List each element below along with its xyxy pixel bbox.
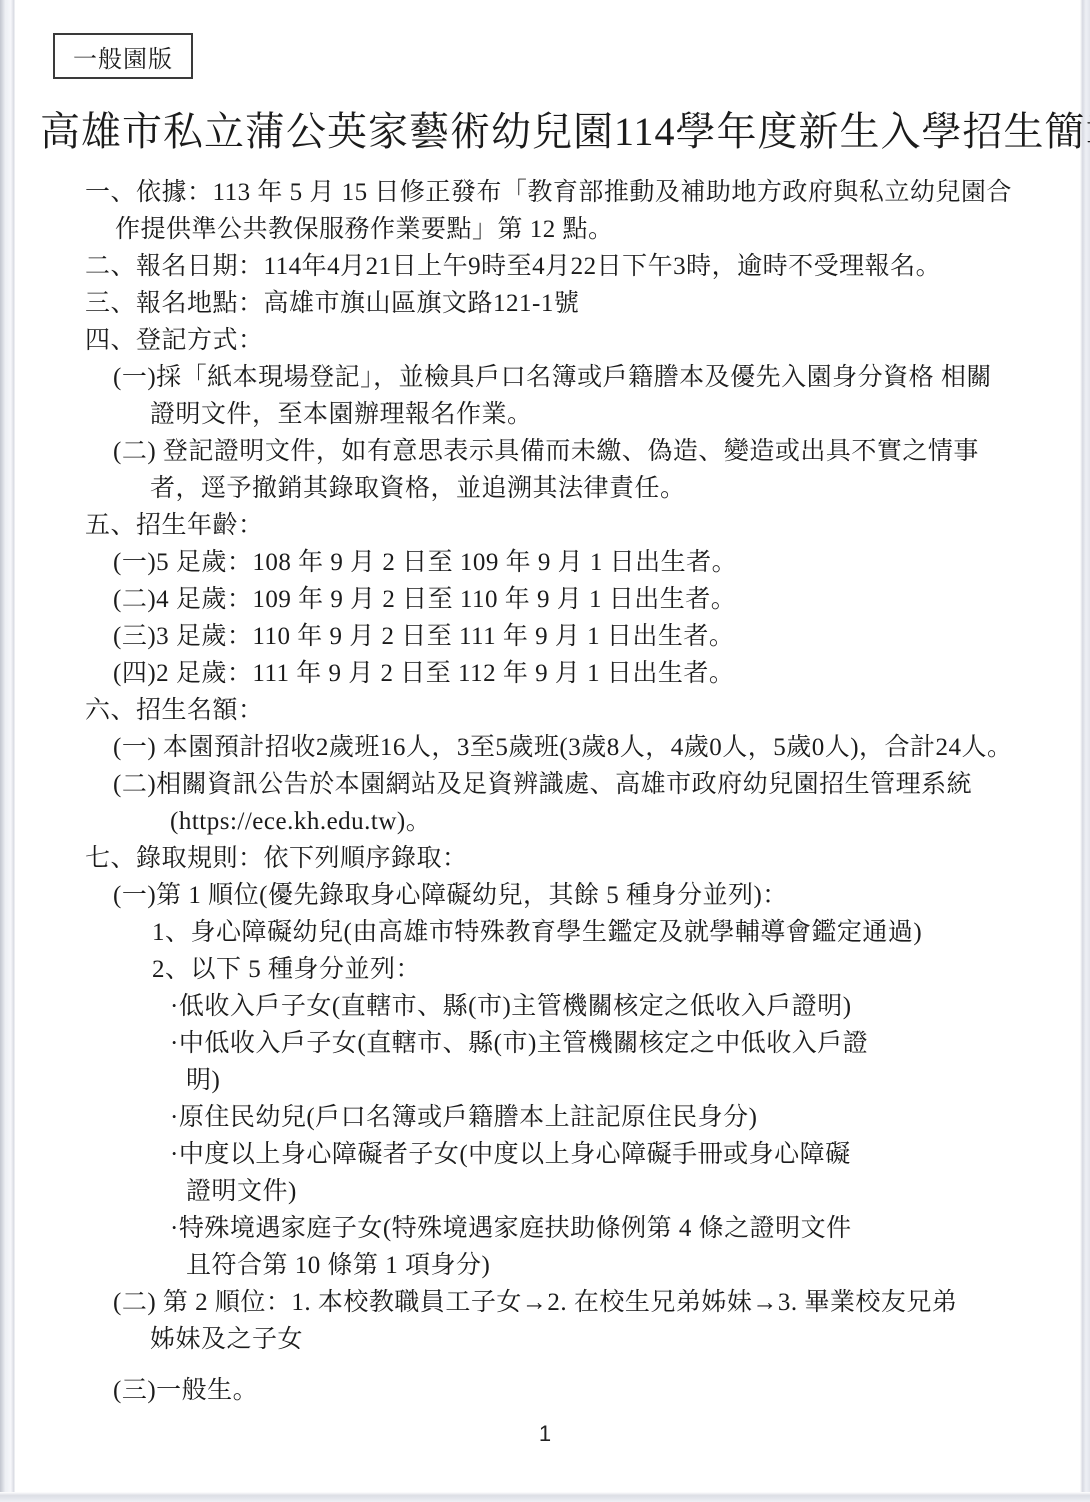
doc-line: (二)4 足歲：109 年 9 月 2 日至 110 年 9 月 1 日出生者。 bbox=[113, 581, 1090, 618]
doc-line: 證明文件，至本園辦理報名作業。 bbox=[150, 396, 1090, 433]
doc-line: (三)3 足歲：110 年 9 月 2 日至 111 年 9 月 1 日出生者。 bbox=[113, 618, 1090, 655]
doc-line: (二)相關資訊公告於本園網站及足資辨識處、高雄市政府幼兒園招生管理系統 bbox=[113, 766, 1090, 803]
doc-line: ·原住民幼兒(戶口名簿或戶籍謄本上註記原住民身分) bbox=[170, 1099, 1090, 1136]
page-number: 1 bbox=[0, 1421, 1090, 1447]
scan-edge-bottom bbox=[0, 1492, 1090, 1502]
doc-line: (二) 登記證明文件，如有意思表示具備而未繳、偽造、變造或出具不實之情事 bbox=[113, 433, 1090, 470]
doc-line: ·中低收入戶子女(直轄市、縣(市)主管機關核定之中低收入戶證 bbox=[170, 1025, 1090, 1062]
doc-line: 七、錄取規則：依下列順序錄取： bbox=[85, 840, 1090, 877]
doc-line: 四、登記方式： bbox=[85, 322, 1090, 359]
doc-line: 作提供準公共教保服務作業要點」第 12 點。 bbox=[115, 211, 1090, 248]
doc-body: 一、依據：113 年 5 月 15 日修正發布「教育部推動及補助地方政府與私立幼… bbox=[0, 174, 1090, 1409]
doc-line: (一) 本園預計招收2歲班16人，3至5歲班(3歲8人，4歲0人，5歲0人)，合… bbox=[113, 729, 1090, 766]
doc-line: (四)2 足歲：111 年 9 月 2 日至 112 年 9 月 1 日出生者。 bbox=[113, 655, 1090, 692]
doc-line: (一)採「紙本現場登記」，並檢具戶口名簿或戶籍謄本及優先入園身分資格 相關 bbox=[113, 359, 1090, 396]
doc-line: 者，逕予撤銷其錄取資格，並追溯其法律責任。 bbox=[150, 470, 1090, 507]
doc-line: (一)第 1 順位(優先錄取身心障礙幼兒，其餘 5 種身分並列)： bbox=[113, 877, 1090, 914]
doc-line: ·中度以上身心障礙者子女(中度以上身心障礙手冊或身心障礙 bbox=[170, 1136, 1090, 1173]
doc-line: (一)5 足歲：108 年 9 月 2 日至 109 年 9 月 1 日出生者。 bbox=[113, 544, 1090, 581]
doc-line: (https://ece.kh.edu.tw)。 bbox=[170, 803, 1090, 840]
doc-line: 五、招生年齡： bbox=[85, 507, 1090, 544]
doc-line: 且符合第 10 條第 1 項身分) bbox=[186, 1247, 1090, 1284]
doc-line: (三)一般生。 bbox=[113, 1372, 1090, 1409]
edition-badge: 一般園版 bbox=[53, 33, 193, 79]
doc-line: 一、依據：113 年 5 月 15 日修正發布「教育部推動及補助地方政府與私立幼… bbox=[85, 174, 1090, 211]
doc-line: 2、以下 5 種身分並列： bbox=[152, 951, 1090, 988]
doc-line: ·低收入戶子女(直轄市、縣(市)主管機關核定之低收入戶證明) bbox=[170, 988, 1090, 1025]
doc-line: 明) bbox=[186, 1062, 1090, 1099]
doc-line: 證明文件) bbox=[186, 1173, 1090, 1210]
doc-line: 三、報名地點：高雄市旗山區旗文路121-1號 bbox=[85, 285, 1090, 322]
doc-line: 六、招生名額： bbox=[85, 692, 1090, 729]
page-title: 高雄市私立蒲公英家藝術幼兒園114學年度新生入學招生簡章 bbox=[40, 100, 1090, 157]
doc-line: (二) 第 2 順位：1. 本校教職員工子女→2. 在校生兄弟姊妹→3. 畢業校… bbox=[113, 1284, 1090, 1321]
doc-line: ·特殊境遇家庭子女(特殊境遇家庭扶助條例第 4 條之證明文件 bbox=[170, 1210, 1090, 1247]
doc-line: 1、身心障礙幼兒(由高雄市特殊教育學生鑑定及就學輔導會鑑定通過) bbox=[152, 914, 1090, 951]
document-page: 一般園版 高雄市私立蒲公英家藝術幼兒園114學年度新生入學招生簡章 一、依據：1… bbox=[0, 0, 1090, 1447]
doc-line: 姊妹及之子女 bbox=[150, 1321, 1090, 1358]
doc-line: 二、報名日期：114年4月21日上午9時至4月22日下午3時，逾時不受理報名。 bbox=[85, 248, 1090, 285]
